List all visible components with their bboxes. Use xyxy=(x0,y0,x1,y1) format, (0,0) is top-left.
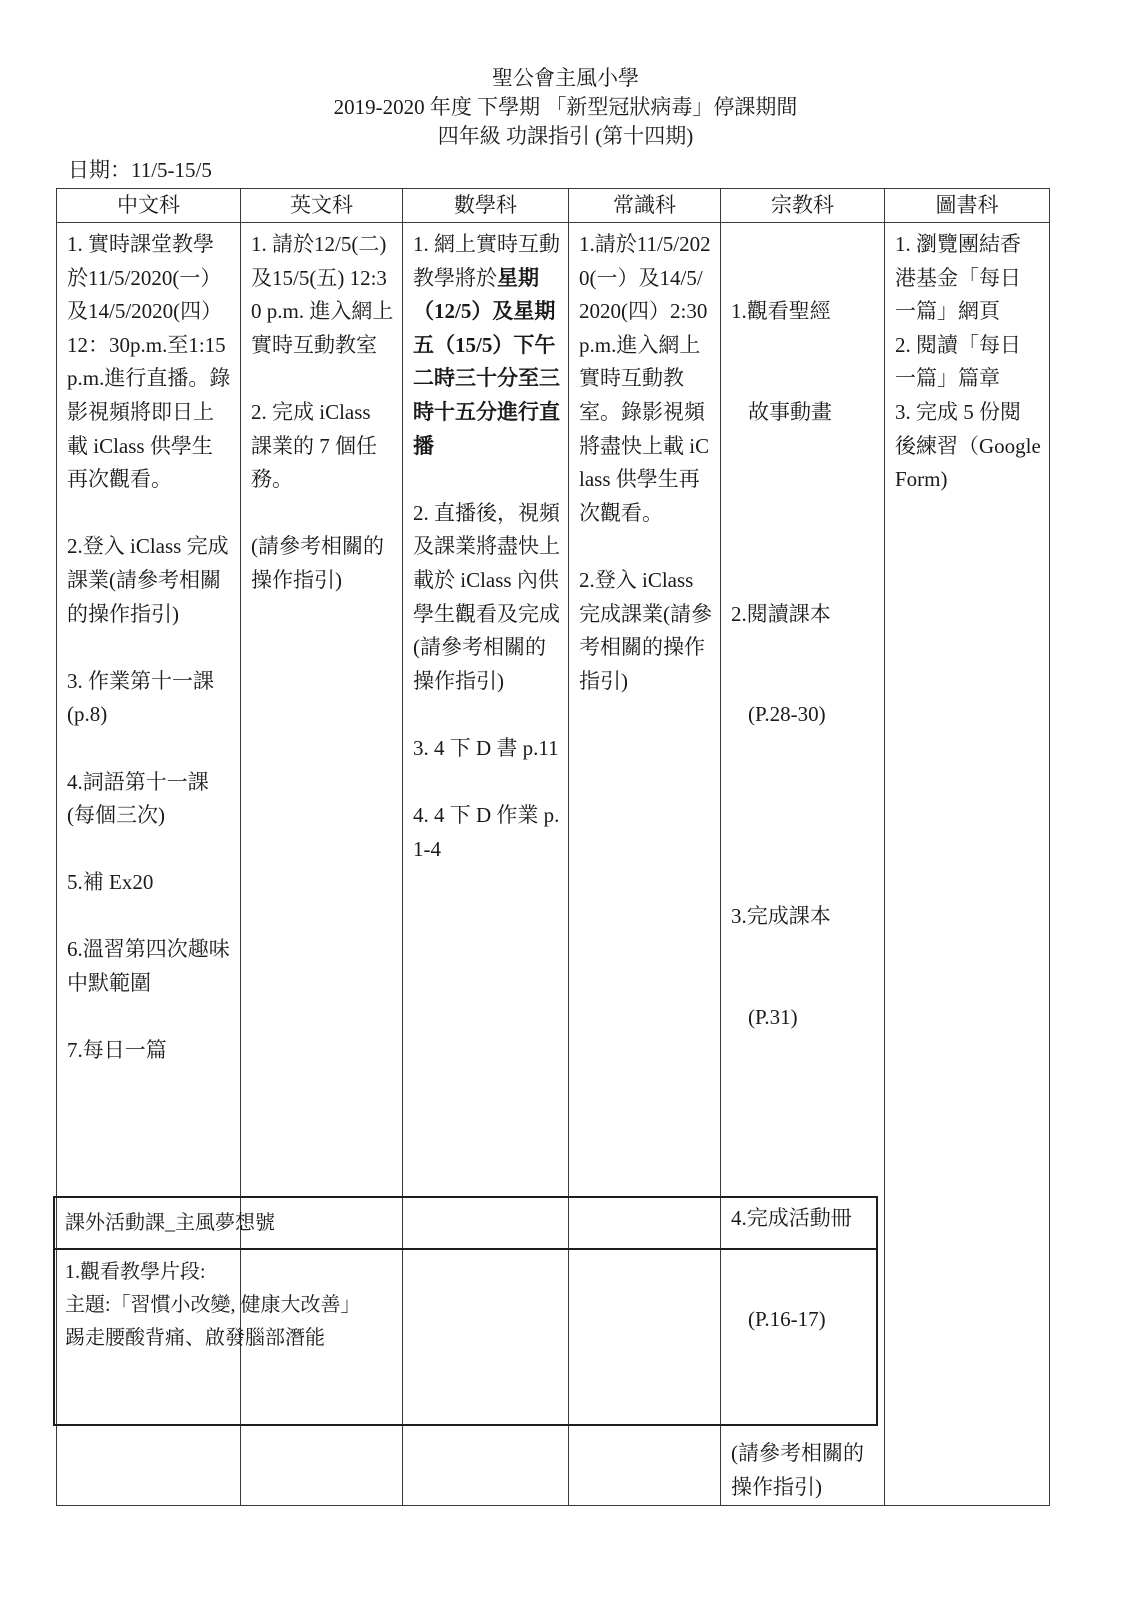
column-header-chinese: 中文科 xyxy=(57,189,241,223)
list-item: 4. 4 下 D 作業 p.1-4 xyxy=(413,799,560,866)
list-item: 1. 請於12/5(二)及15/5(五) 12:30 p.m. 進入網上實時互動… xyxy=(251,228,394,362)
date-range: 日期：11/5-15/5 xyxy=(68,156,212,184)
item-detail: 故事動畫 xyxy=(731,396,876,430)
guide-line: 四年級 功課指引 (第十四期) xyxy=(0,122,1131,151)
activity-line: 踢走腰酸背痛、啟發腦部潛能 xyxy=(65,1322,866,1355)
extracurricular-activity-box: 課外活動課_主風夢想號 1.觀看教學片段: 主題:「習慣小改變, 健康大改善」 … xyxy=(53,1196,878,1426)
column-header-religion: 宗教科 xyxy=(721,189,885,223)
list-item: 1.請於11/5/2020(一）及14/5/2020(四）2:30p.m.進入網… xyxy=(579,228,712,530)
list-item: (請參考相關的操作指引) xyxy=(251,530,394,597)
table-header-row: 中文科 英文科 數學科 常識科 宗教科 圖書科 xyxy=(57,189,1050,223)
column-header-math: 數學科 xyxy=(403,189,569,223)
religion-note: (請參考相關的操作指引) xyxy=(731,1437,876,1504)
activity-title: 課外活動課_主風夢想號 xyxy=(55,1198,876,1250)
list-item: 2. 直播後，視頻及課業將盡快上載於 iClass 內供學生觀看及完成(請參考相… xyxy=(413,497,560,699)
item-title: 1.觀看聖經 xyxy=(731,295,876,329)
list-item: 2. 完成 iClass 課業的 7 個任務。 xyxy=(251,396,394,497)
column-header-english: 英文科 xyxy=(241,189,403,223)
list-item: 1.觀看聖經 故事動畫 xyxy=(731,228,876,497)
item-title: 2.閱讀課本 xyxy=(731,598,876,632)
item-detail: (P.31) xyxy=(731,1001,876,1035)
list-item: 6.溫習第四次趣味中默範圍 xyxy=(67,933,232,1000)
list-item: 5.補 Ex20 xyxy=(67,866,232,900)
activity-line: 1.觀看教學片段: xyxy=(65,1256,866,1289)
list-item: 3. 完成 5 份閱後練習（Google Form) xyxy=(895,396,1041,497)
list-item: 3. 4 下 D 書 p.11 xyxy=(413,732,560,766)
list-item: 1. 瀏覽團結香港基金「每日一篇」網頁 xyxy=(895,228,1041,329)
list-item: 4.詞語第十一課(每個三次) xyxy=(67,766,232,833)
document-title-block: 聖公會主風小學 2019-2020 年度 下學期 「新型冠狀病毒」停課期間 四年… xyxy=(0,64,1131,151)
activity-body: 1.觀看教學片段: 主題:「習慣小改變, 健康大改善」 踢走腰酸背痛、啟發腦部潛… xyxy=(55,1250,876,1361)
list-item: 2.登入 iClass 完成課業(請參考相關的操作指引) xyxy=(579,564,712,698)
list-item: 1. 實時課堂教學於11/5/2020(一）及14/5/2020(四）12：30… xyxy=(67,228,232,497)
list-item: 2. 閱讀「每日一篇」篇章 xyxy=(895,329,1041,396)
item-detail: (P.28-30) xyxy=(731,698,876,732)
activity-line: 主題:「習慣小改變, 健康大改善」 xyxy=(65,1289,866,1322)
list-item: 3. 作業第十一課(p.8) xyxy=(67,665,232,732)
item-title: 3.完成課本 xyxy=(731,900,876,934)
library-cell: 1. 瀏覽團結香港基金「每日一篇」網頁 2. 閱讀「每日一篇」篇章 3. 完成 … xyxy=(885,223,1050,1506)
column-header-general-studies: 常識科 xyxy=(569,189,721,223)
math-item1-bold-schedule: 星期（12/5）及星期五（15/5）下午二時三十分至三時十五分進行直播 xyxy=(413,266,560,458)
school-name: 聖公會主風小學 xyxy=(0,64,1131,93)
list-item: 7.每日一篇 xyxy=(67,1034,232,1068)
column-header-library: 圖書科 xyxy=(885,189,1050,223)
list-item: 1. 網上實時互動教學將於星期（12/5）及星期五（15/5）下午二時三十分至三… xyxy=(413,228,560,463)
list-item: 3.完成課本 (P.31) xyxy=(731,833,876,1102)
list-item: 2.登入 iClass 完成課業(請參考相關的操作指引) xyxy=(67,530,232,631)
term-line: 2019-2020 年度 下學期 「新型冠狀病毒」停課期間 xyxy=(0,93,1131,122)
list-item: 2.閱讀課本 (P.28-30) xyxy=(731,530,876,799)
